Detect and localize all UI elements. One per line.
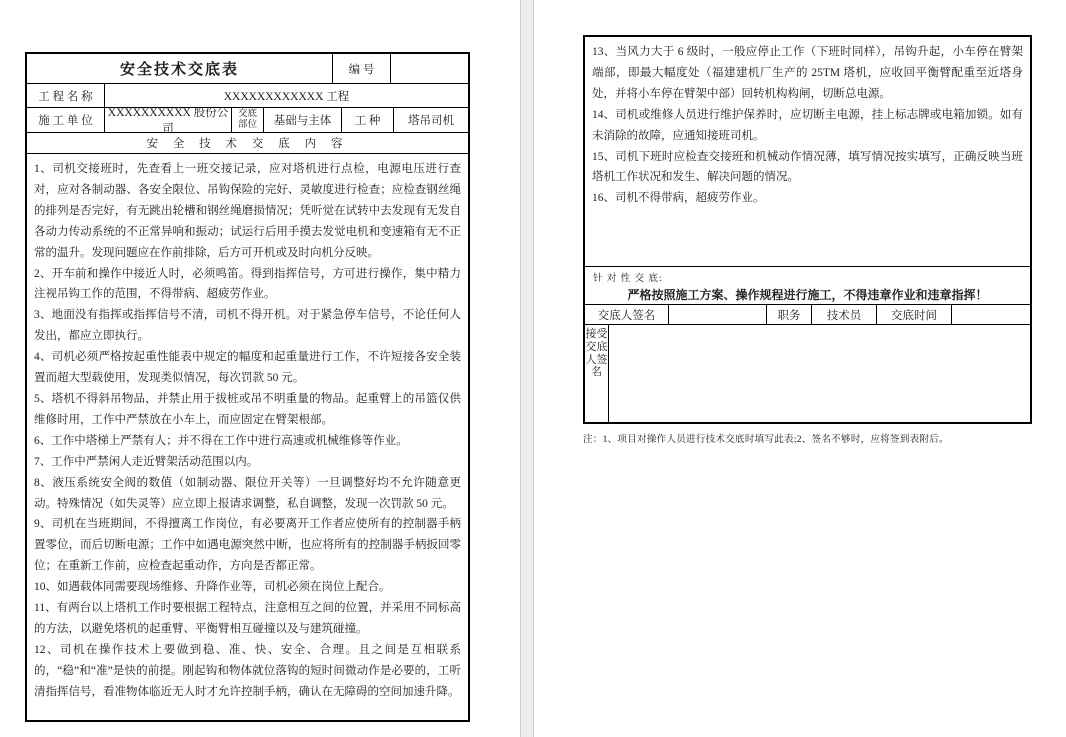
safety-item: 5、塔机不得斜吊物品，并禁止用于拔桩或吊不明重量的物品。起重臂上的吊篮仅供维修时… (34, 389, 461, 431)
disclosure-form-table: 安全技术交底表 编 号 工 程 名 称 XXXXXXXXXXXX 工程 施 工 … (25, 52, 470, 722)
position-label: 职务 (767, 305, 812, 324)
content-header-row: 安 全 技 术 交 底 内 容 (27, 133, 468, 154)
safety-item: 8、液压系统安全阀的数值（如制动器、限位开关等）一旦调整好均不允许随意更动。特殊… (34, 473, 461, 515)
safety-item: 11、有两台以上塔机工作时要根据工程特点，注意相互之间的位置，并采用不同标高的方… (34, 598, 461, 640)
disclosure-part-label: 交底 部位 (232, 108, 264, 132)
content-area-page1: 1、司机交接班时，先查看上一班交接记录，应对塔机进行点检，电源电压进行查对，应对… (27, 154, 468, 720)
safety-item: 16、司机不得带病，超疲劳作业。 (592, 188, 1023, 209)
disclosure-time-label: 交底时间 (877, 305, 952, 324)
number-label: 编 号 (333, 54, 391, 83)
disclosure-time-field[interactable] (952, 305, 1030, 324)
targeted-disclosure-row: 针 对 性 交 底: 严格按照施工方案、操作规程进行施工，不得违章作业和违章指挥… (585, 267, 1030, 305)
acceptor-signature-row: 接受交底人签名 (585, 325, 1030, 422)
disclosure-part-value: 基础与主体 (264, 108, 342, 132)
targeted-disclosure-statement: 严格按照施工方案、操作规程进行施工，不得违章作业和违章指挥！ (585, 286, 1030, 303)
number-value-field[interactable] (391, 54, 468, 83)
safety-items-13-16: 13、当风力大于 6 级时，一般应停止工作（下班时同样），吊钩升起，小车停在臂架… (585, 37, 1030, 266)
safety-item: 14、司机或维修人员进行维护保养时，应切断主电源，挂上标志牌或电箱加锁。如有未消… (592, 105, 1023, 147)
project-name-label: 工 程 名 称 (27, 84, 105, 107)
acceptor-signature-label: 接受交底人签名 (585, 325, 609, 422)
disclosure-form-table-continued: 13、当风力大于 6 级时，一般应停止工作（下班时同样），吊钩升起，小车停在臂架… (583, 35, 1032, 424)
safety-item: 6、工作中塔梯上严禁有人；并不得在工作中进行高速或机械维修等作业。 (34, 431, 461, 452)
acceptor-signature-field[interactable] (609, 325, 1030, 422)
safety-item: 10、如遇载体同需要现场维修、升降作业等，司机必须在岗位上配合。 (34, 577, 461, 598)
page-gap-divider (520, 0, 534, 737)
targeted-disclosure-label: 针 对 性 交 底: (585, 267, 1030, 284)
safety-items-1-12: 1、司机交接班时，先查看上一班交接记录，应对塔机进行点检，电源电压进行查对，应对… (27, 154, 468, 720)
contractor-value: XXXXXXXXXX 股份公司 (105, 108, 232, 132)
safety-item: 3、地面没有指挥或指挥信号不清，司机不得开机。对于紧急停车信号，不论任何人发出，… (34, 305, 461, 347)
safety-item: 15、司机下班时应检查交接班和机械动作情况薄，填写情况按实填写，正确反映当班塔机… (592, 147, 1023, 189)
discloser-signature-field[interactable] (669, 305, 767, 324)
contractor-label: 施 工 单 位 (27, 108, 105, 132)
safety-item: 1、司机交接班时，先查看上一班交接记录，应对塔机进行点检，电源电压进行查对，应对… (34, 159, 461, 264)
document-page-2: 13、当风力大于 6 级时，一般应停止工作（下班时同样），吊钩升起，小车停在臂架… (534, 0, 1066, 737)
safety-item: 9、司机在当班期间，不得擅离工作岗位，有必要离开工作者应使所有的控制器手柄置零位… (34, 514, 461, 577)
safety-item: 2、开车前和操作中接近人时，必须鸣笛。得到指挥信号，方可进行操作，集中精力注视吊… (34, 264, 461, 306)
signature-row: 交底人签名 职务 技术员 交底时间 (585, 305, 1030, 325)
form-title: 安全技术交底表 (27, 54, 333, 83)
form-footnote: 注：1、项目对操作人员进行技术交底时填写此表;2、签名不够时，应将签到表附后。 (583, 431, 1043, 445)
contractor-row: 施 工 单 位 XXXXXXXXXX 股份公司 交底 部位 基础与主体 工 种 … (27, 108, 468, 133)
project-name-row: 工 程 名 称 XXXXXXXXXXXX 工程 (27, 84, 468, 108)
form-title-row: 安全技术交底表 编 号 (27, 54, 468, 84)
position-value: 技术员 (812, 305, 877, 324)
trade-label: 工 种 (342, 108, 394, 132)
safety-item: 4、司机必须严格按起重性能表中规定的幅度和起重量进行工作，不许短接各安全装置而超… (34, 347, 461, 389)
trade-value: 塔吊司机 (394, 108, 468, 132)
content-area-page2: 13、当风力大于 6 级时，一般应停止工作（下班时同样），吊钩升起，小车停在臂架… (585, 37, 1030, 267)
document-page-1: 安全技术交底表 编 号 工 程 名 称 XXXXXXXXXXXX 工程 施 工 … (0, 0, 520, 737)
content-header: 安 全 技 术 交 底 内 容 (27, 133, 468, 153)
safety-item: 7、工作中严禁闲人走近臂架活动范围以内。 (34, 452, 461, 473)
discloser-signature-label: 交底人签名 (585, 305, 669, 324)
project-name-value: XXXXXXXXXXXX 工程 (105, 84, 468, 107)
safety-item: 12、司机在操作技术上要做到稳、准、快、安全、合理。且之间是互相联系的，“稳”和… (34, 640, 461, 703)
safety-item: 13、当风力大于 6 级时，一般应停止工作（下班时同样），吊钩升起，小车停在臂架… (592, 42, 1023, 105)
